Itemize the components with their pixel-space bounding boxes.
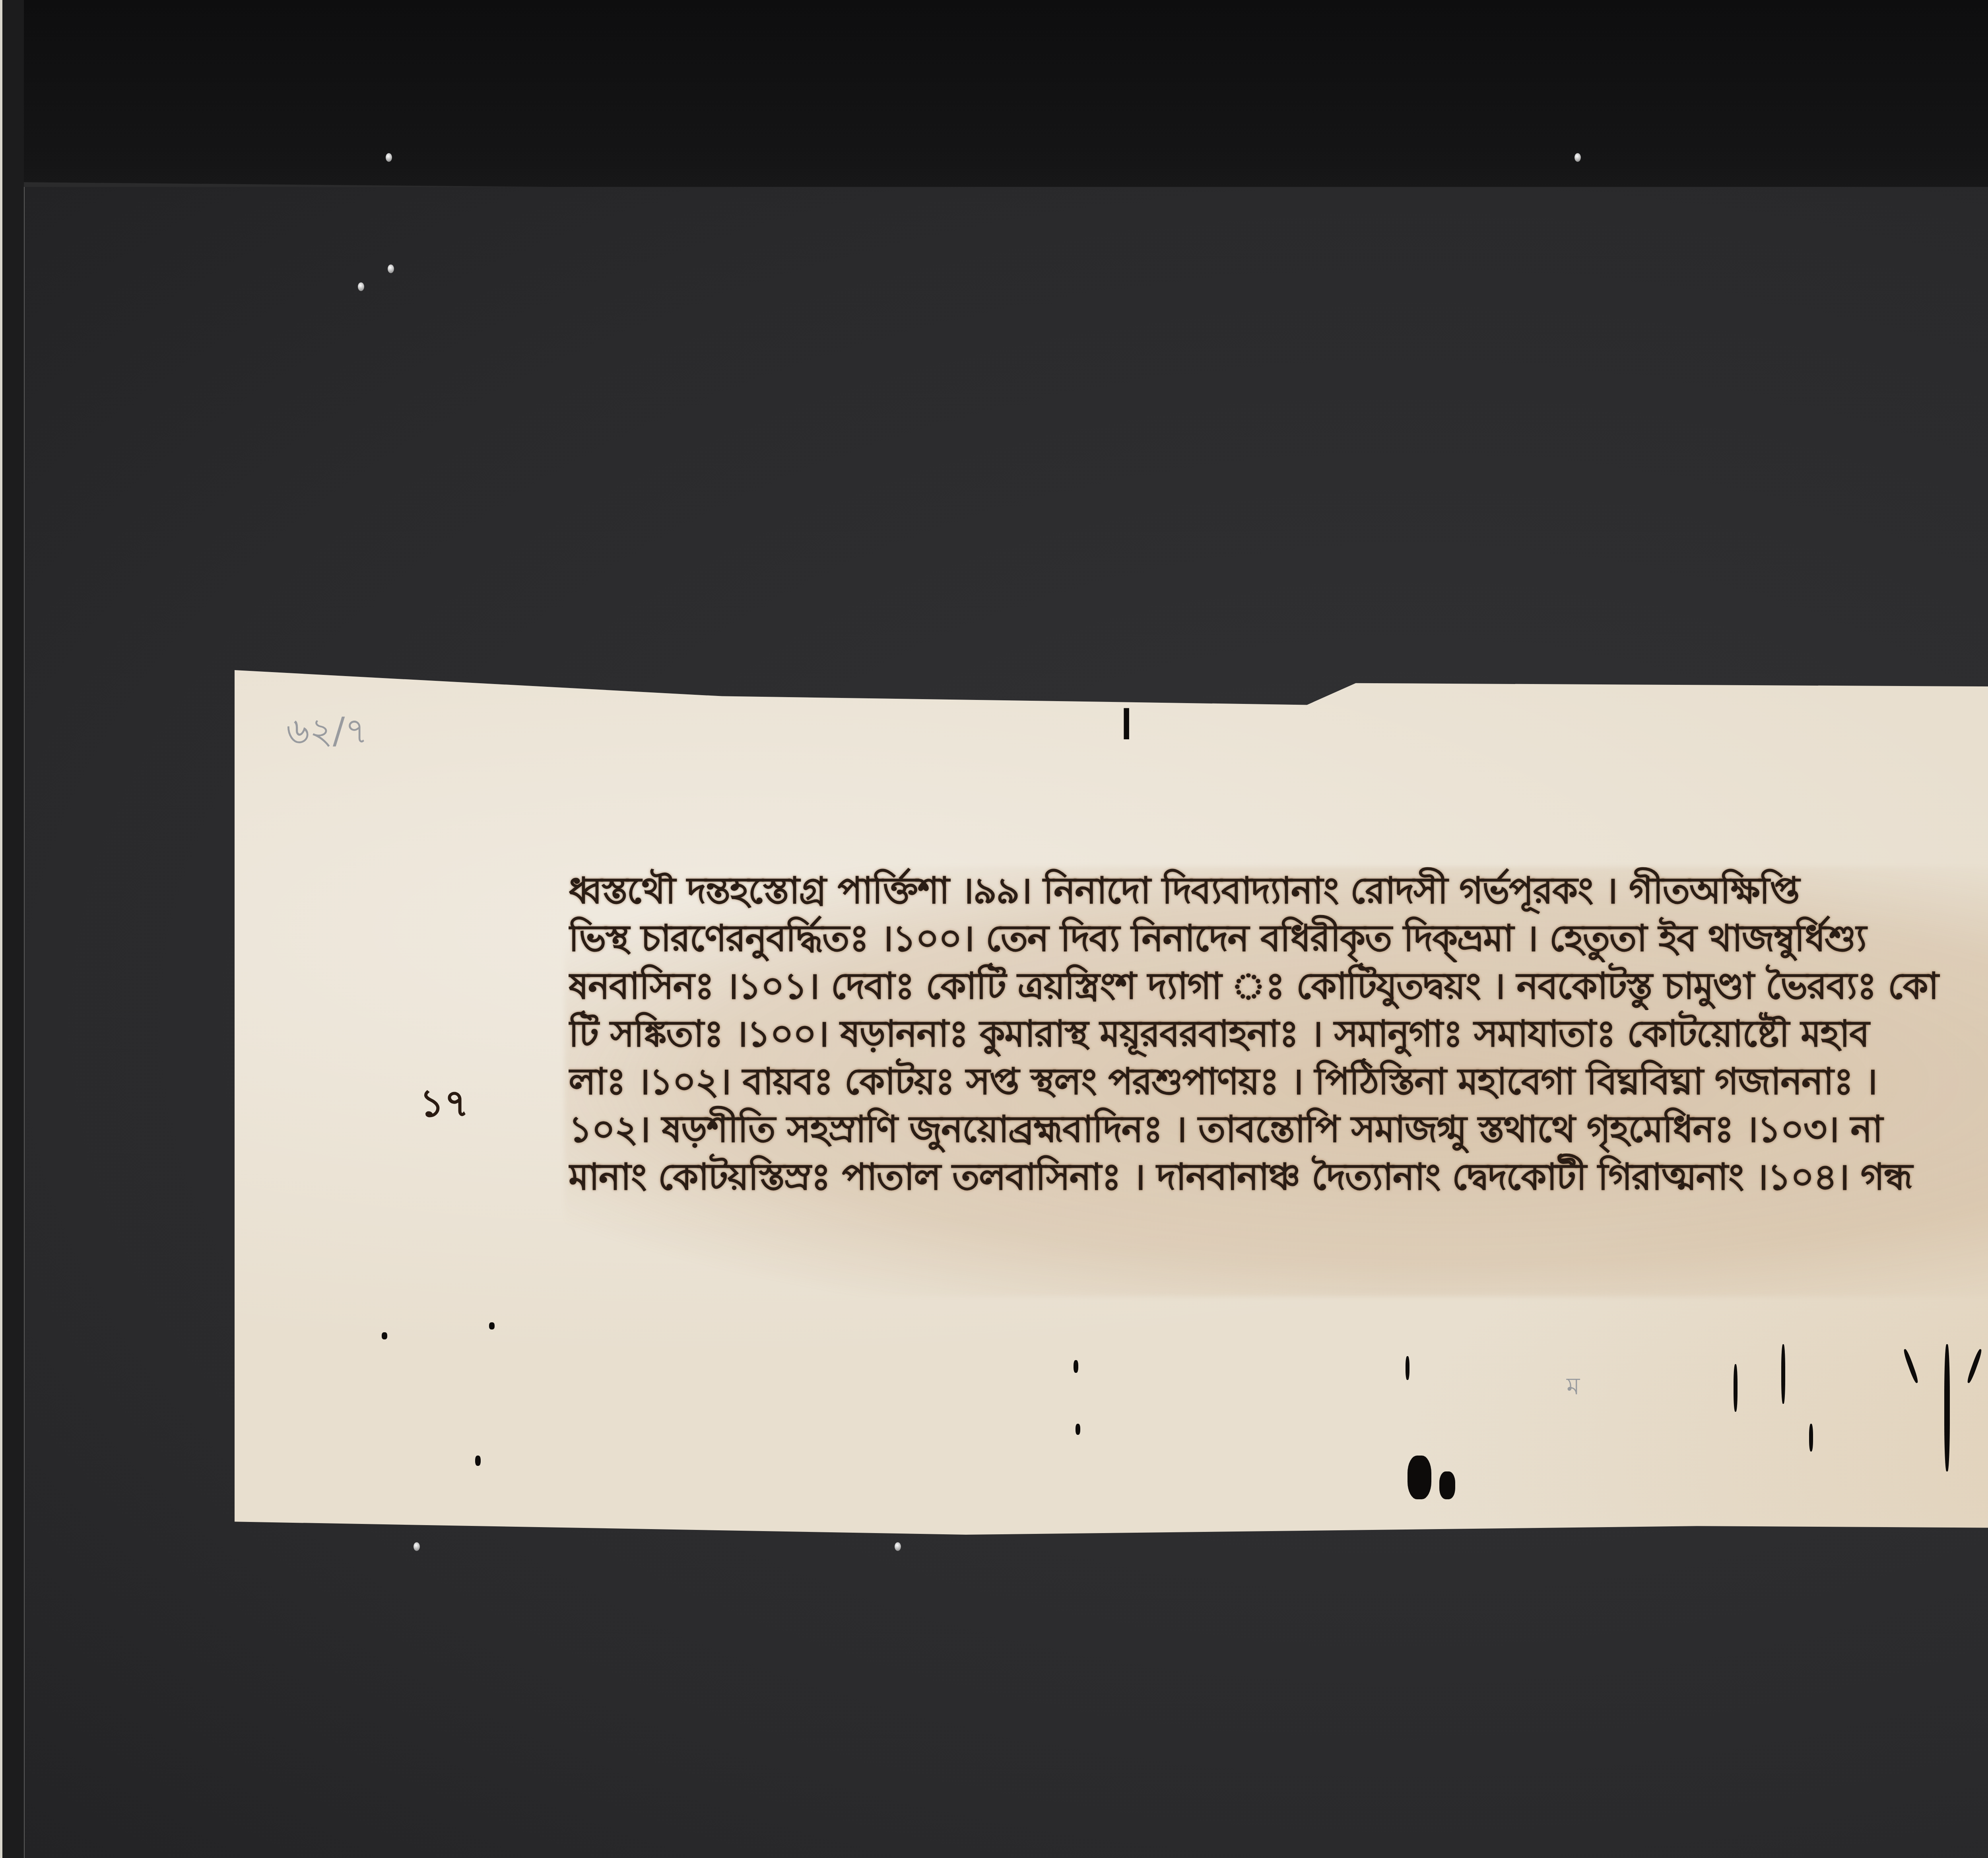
- mount-pin: [388, 264, 394, 273]
- left-margin-folio-number: ১৭: [419, 1074, 469, 1138]
- left-edge-highlight: [0, 0, 2, 1858]
- ink-drip: [1809, 1424, 1813, 1452]
- ink-drip: [1734, 1364, 1738, 1412]
- text-line: ১০২। ষড়শীতি সহস্রাণি জুনয়োব্রহ্মবাদিনঃ…: [569, 1106, 1988, 1153]
- ink-dot: [489, 1322, 495, 1329]
- text-line: ভিস্থ চারণেরনুবর্দ্ধিতঃ ।১০০। তেন দিব্য …: [569, 915, 1988, 962]
- mount-pin: [895, 1542, 901, 1551]
- ink-drip: [1406, 1356, 1409, 1380]
- manuscript-text: ধ্বস্তথৌ দন্তহস্তোগ্র পার্ক্তিশা ।৯৯। নি…: [569, 867, 1988, 1201]
- text-line: টি সঙ্কিতাঃ ।১০০। ষড়াননাঃ কুমারাস্থ ময়…: [569, 1010, 1988, 1058]
- text-line: ধ্বস্তথৌ দন্তহস্তোগ্র পার্ক্তিশা ।৯৯। নি…: [569, 867, 1988, 915]
- top-danda-mark: ।: [1115, 688, 1133, 753]
- mount-pin: [1574, 153, 1581, 162]
- mount-pin: [358, 282, 364, 291]
- ink-dot: [382, 1332, 387, 1339]
- ink-drip: [1781, 1344, 1785, 1404]
- text-line: ষনবাসিনঃ ।১০১। দেবাঃ কোটি ত্রয়স্ত্রিংশ …: [569, 962, 1988, 1010]
- text-line: মানাং কোটয়স্তিস্রঃ পাতাল তলবাসিনাঃ । দা…: [569, 1153, 1988, 1201]
- ink-dot: [1076, 1424, 1080, 1435]
- ink-dot: [475, 1456, 481, 1466]
- mount-pin: [414, 1542, 420, 1551]
- left-board-strip: [0, 0, 24, 1858]
- mount-pin: [386, 153, 392, 162]
- ink-dot: [1074, 1360, 1078, 1373]
- black-top-band: [0, 0, 1988, 207]
- ink-drip: [1944, 1344, 1950, 1471]
- ink-blot: [1408, 1456, 1431, 1499]
- pencil-bottom-note: ম: [1567, 1368, 1580, 1408]
- ink-blot: [1439, 1471, 1455, 1499]
- text-line: লাঃ ।১০২। বায়বঃ কোটয়ঃ সপ্ত স্থলং পরশুপ…: [569, 1058, 1988, 1106]
- pencil-shelfmark: ৬২/৭: [286, 704, 368, 764]
